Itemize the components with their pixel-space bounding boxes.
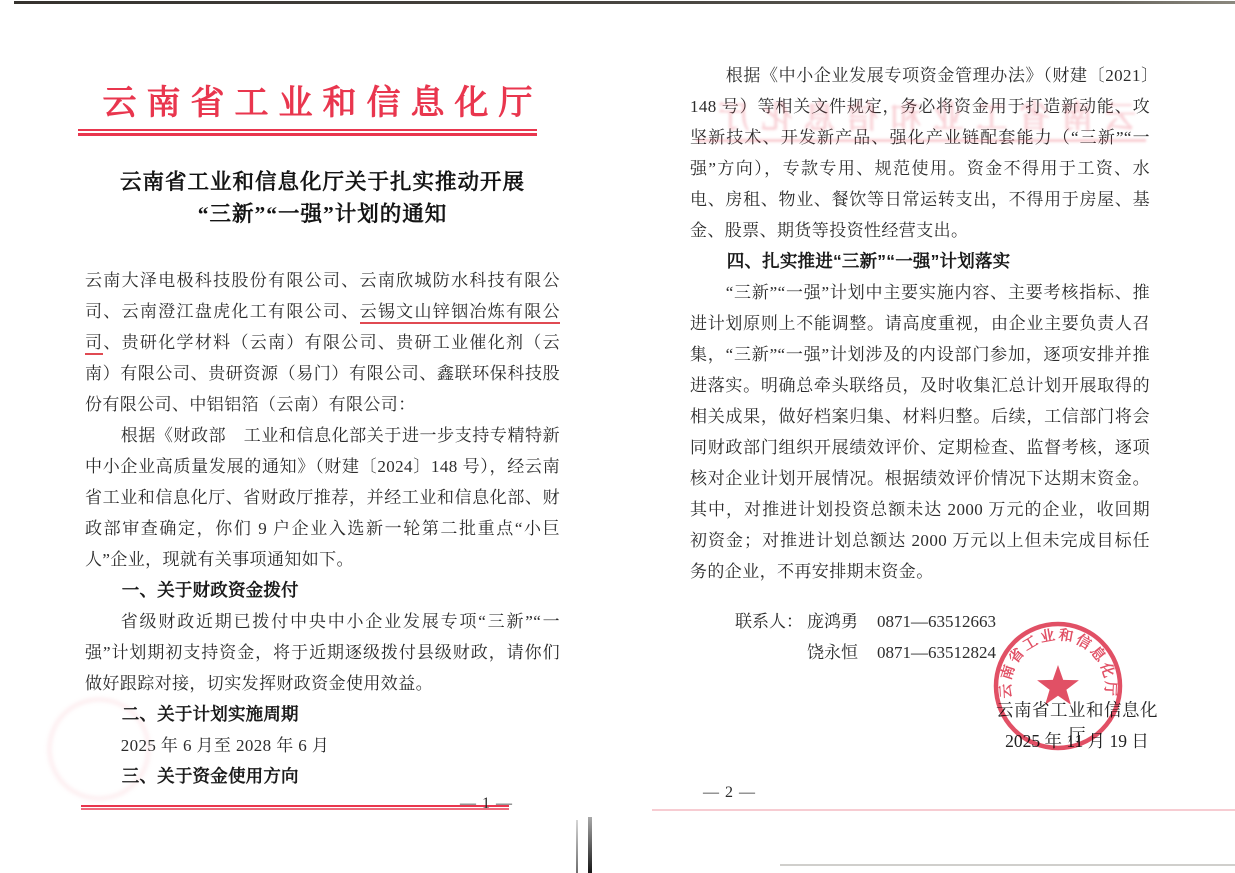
page2-number: — 2 — xyxy=(703,784,756,802)
section-heading-1: 一、关于财政资金拨付 xyxy=(85,575,560,606)
section-heading-2: 二、关于计划实施周期 xyxy=(85,699,560,730)
section-4-paragraph: “三新”“一强”计划中主要实施内容、主要考核指标、推进计划原则上不能调整。请高度… xyxy=(690,277,1150,587)
section-2-paragraph: 2025 年 6 月至 2028 年 6 月 xyxy=(85,730,560,761)
page-1: 云南省工业和信息化厅 云南省工业和信息化厅关于扎实推动开展 “三新”“一强”计划… xyxy=(85,0,560,873)
intro-paragraph: 根据《财政部 工业和信息化部关于进一步支持专精特新中小企业高质量发展的通知》（财… xyxy=(85,420,560,575)
contact1-name: 庞鸿勇 xyxy=(807,606,877,637)
letterhead-title: 云南省工业和信息化厅 xyxy=(75,84,560,124)
letterhead-bleedthrough-text: 云南省工业和信息化厅 xyxy=(692,92,1150,137)
scan-seam-line-thin xyxy=(576,820,578,873)
scan-bottom-edge-artifact xyxy=(780,864,1235,866)
seal-star-icon xyxy=(1037,665,1079,705)
document-title-line2: “三新”“一强”计划的通知 xyxy=(85,198,560,230)
contact2-phone: 0871—63512824 xyxy=(877,643,996,662)
letterhead-bleedthrough-rule xyxy=(696,139,1146,142)
letterhead-double-rule xyxy=(78,129,537,136)
page1-number: — 1 — xyxy=(460,795,513,813)
contact1-phone: 0871—63512663 xyxy=(877,612,996,631)
contact2-name: 饶永恒 xyxy=(807,637,877,668)
page1-footer-red-rule xyxy=(81,805,509,810)
document-title-line1: 云南省工业和信息化厅关于扎实推动开展 xyxy=(85,166,560,198)
funds-usage-paragraph: 根据《中小企业发展专项资金管理办法》（财建〔2021〕148 号）等相关文件规定… xyxy=(690,60,1150,246)
section-heading-3: 三、关于资金使用方向 xyxy=(85,761,560,792)
page1-body: 云南大泽电极科技股份有限公司、云南欣城防水科技有限公司、云南澄江盘虎化工有限公司… xyxy=(85,265,560,792)
contact-label: 联系人： xyxy=(735,606,807,637)
section-1-paragraph: 省级财政近期已拨付中央中小企业发展专项“三新”“一强”计划期初支持资金，将于近期… xyxy=(85,606,560,699)
scanned-document: 云南省工业和信息化厅 云南省工业和信息化厅关于扎实推动开展 “三新”“一强”计划… xyxy=(0,0,1235,873)
recipients-text-post: 、贵研化学材料（云南）有限公司、贵研工业催化剂（云南）有限公司、贵研资源（易门）… xyxy=(85,333,560,414)
section-heading-4: 四、扎实推进“三新”“一强”计划落实 xyxy=(690,246,1150,277)
scan-seam-line-thick xyxy=(588,817,592,873)
official-seal: 云南省工业和信息化厅 xyxy=(983,611,1133,761)
recipients-paragraph: 云南大泽电极科技股份有限公司、云南欣城防水科技有限公司、云南澄江盘虎化工有限公司… xyxy=(85,265,560,420)
page-2: 云南省工业和信息化厅 根据《中小企业发展专项资金管理办法》（财建〔2021〕14… xyxy=(690,0,1150,873)
page2-footer-bleed-line xyxy=(652,809,1235,811)
